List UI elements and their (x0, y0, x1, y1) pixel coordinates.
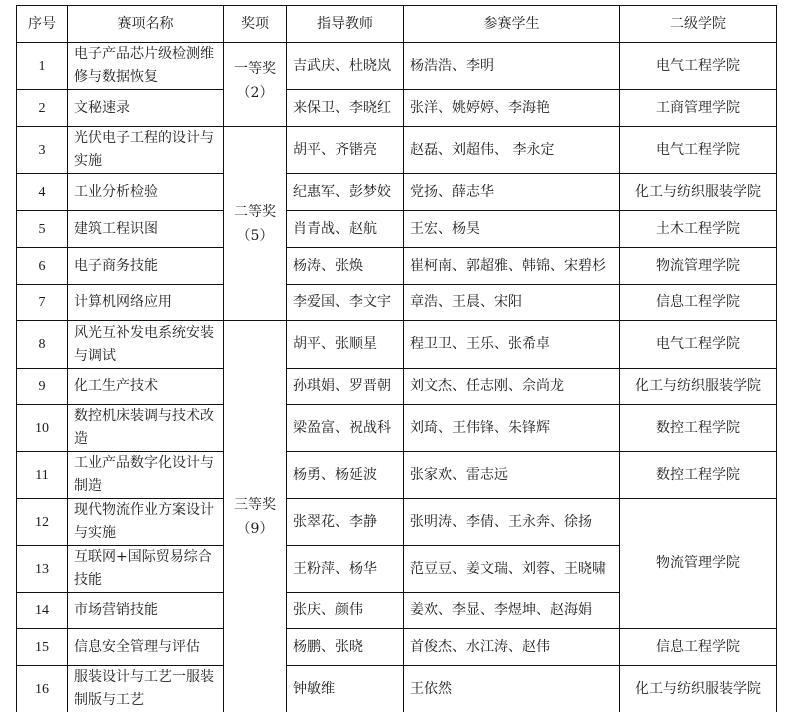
row-event: 数控机床装调与技术改造 (68, 405, 224, 452)
row-no: 1 (17, 43, 68, 90)
award-count: （2） (230, 81, 280, 105)
row-teachers: 孙琪娟、罗晋朝 (287, 369, 404, 405)
row-students: 王宏、杨昊 (404, 211, 620, 248)
row-college-merged: 物流管理学院 (620, 499, 777, 629)
row-event: 电子产品芯片级检测维修与数据恢复 (68, 43, 224, 90)
row-teachers: 杨勇、杨延波 (287, 452, 404, 499)
row-students: 刘琦、王伟锋、朱锋辉 (404, 405, 620, 452)
row-college: 土木工程学院 (620, 211, 777, 248)
header-row: 序号 赛项名称 奖项 指导教师 参赛学生 二级学院 (17, 6, 777, 43)
row-teachers: 来保卫、李晓红 (287, 90, 404, 127)
table-row: 7 计算机网络应用 李爱国、李文宇 章浩、王晨、宋阳 信息工程学院 (17, 285, 777, 321)
row-college: 电气工程学院 (620, 43, 777, 90)
row-teachers: 张翠花、李静 (287, 499, 404, 546)
header-college: 二级学院 (620, 6, 777, 43)
row-students: 杨浩浩、李明 (404, 43, 620, 90)
table-row: 1 电子产品芯片级检测维修与数据恢复 一等奖 （2） 吉武庆、杜晓岚 杨浩浩、李… (17, 43, 777, 90)
row-teachers: 梁盈富、祝战科 (287, 405, 404, 452)
row-teachers: 吉武庆、杜晓岚 (287, 43, 404, 90)
row-college: 数控工程学院 (620, 452, 777, 499)
row-teachers: 杨鹏、张晓 (287, 629, 404, 666)
award-first: 一等奖 （2） (224, 43, 287, 127)
row-college: 数控工程学院 (620, 405, 777, 452)
table-row: 11 工业产品数字化设计与制造 杨勇、杨延波 张家欢、雷志远 数控工程学院 (17, 452, 777, 499)
award-label: 三等奖 (230, 493, 280, 517)
header-award: 奖项 (224, 6, 287, 43)
award-count: （9） (230, 517, 280, 541)
row-college: 信息工程学院 (620, 285, 777, 321)
row-no: 11 (17, 452, 68, 499)
row-no: 5 (17, 211, 68, 248)
row-college: 化工与纺织服装学院 (620, 174, 777, 211)
row-students: 程卫卫、王乐、张希卓 (404, 321, 620, 369)
table-row: 16 服装设计与工艺一服装制版与工艺 钟敏维 王依然 化工与纺织服装学院 (17, 666, 777, 712)
row-college: 物流管理学院 (620, 248, 777, 285)
header-event: 赛项名称 (68, 6, 224, 43)
row-no: 13 (17, 546, 68, 593)
table-row: 5 建筑工程识图 肖青战、赵航 王宏、杨昊 土木工程学院 (17, 211, 777, 248)
row-event: 电子商务技能 (68, 248, 224, 285)
row-college: 信息工程学院 (620, 629, 777, 666)
table-row: 3 光伏电子工程的设计与实施 二等奖 （5） 胡平、齐锴亮 赵磊、刘超伟、 李永… (17, 127, 777, 174)
award-label: 二等奖 (230, 200, 280, 224)
row-event: 建筑工程识图 (68, 211, 224, 248)
row-no: 15 (17, 629, 68, 666)
row-students: 党扬、薛志华 (404, 174, 620, 211)
row-event: 服装设计与工艺一服装制版与工艺 (68, 666, 224, 712)
row-teachers: 胡平、齐锴亮 (287, 127, 404, 174)
row-no: 16 (17, 666, 68, 712)
table-row: 10 数控机床装调与技术改造 梁盈富、祝战科 刘琦、王伟锋、朱锋辉 数控工程学院 (17, 405, 777, 452)
row-students: 崔柯南、郭超雅、韩锦、宋碧杉 (404, 248, 620, 285)
row-teachers: 胡平、张顺星 (287, 321, 404, 369)
table-row: 15 信息安全管理与评估 杨鹏、张晓 首俊杰、水江涛、赵伟 信息工程学院 (17, 629, 777, 666)
row-college: 化工与纺织服装学院 (620, 666, 777, 712)
row-teachers: 杨涛、张焕 (287, 248, 404, 285)
row-no: 4 (17, 174, 68, 211)
row-teachers: 钟敏维 (287, 666, 404, 712)
row-event: 化工生产技术 (68, 369, 224, 405)
award-count: （5） (230, 224, 280, 248)
row-event: 文秘速录 (68, 90, 224, 127)
row-no: 10 (17, 405, 68, 452)
row-teachers: 张庆、颜伟 (287, 593, 404, 629)
row-no: 8 (17, 321, 68, 369)
table-row: 6 电子商务技能 杨涛、张焕 崔柯南、郭超雅、韩锦、宋碧杉 物流管理学院 (17, 248, 777, 285)
table-row: 9 化工生产技术 孙琪娟、罗晋朝 刘文杰、任志刚、佘尚龙 化工与纺织服装学院 (17, 369, 777, 405)
row-teachers: 李爱国、李文宇 (287, 285, 404, 321)
row-no: 14 (17, 593, 68, 629)
row-event: 互联网+国际贸易综合技能 (68, 546, 224, 593)
row-students: 范豆豆、姜文瑞、刘蓉、王晓啸 (404, 546, 620, 593)
table-row: 2 文秘速录 来保卫、李晓红 张洋、姚婷婷、李海艳 工商管理学院 (17, 90, 777, 127)
row-event: 计算机网络应用 (68, 285, 224, 321)
awards-table: 序号 赛项名称 奖项 指导教师 参赛学生 二级学院 1 电子产品芯片级检测维修与… (16, 5, 777, 712)
header-no: 序号 (17, 6, 68, 43)
award-third: 三等奖 （9） (224, 321, 287, 712)
row-students: 张洋、姚婷婷、李海艳 (404, 90, 620, 127)
row-college: 电气工程学院 (620, 127, 777, 174)
row-teachers: 王粉萍、杨华 (287, 546, 404, 593)
row-students: 章浩、王晨、宋阳 (404, 285, 620, 321)
row-event: 工业分析检验 (68, 174, 224, 211)
row-event: 信息安全管理与评估 (68, 629, 224, 666)
table-row: 4 工业分析检验 纪惠军、彭梦姣 党扬、薛志华 化工与纺织服装学院 (17, 174, 777, 211)
header-teachers: 指导教师 (287, 6, 404, 43)
row-students: 王依然 (404, 666, 620, 712)
row-students: 张明涛、李倩、王永奔、徐扬 (404, 499, 620, 546)
award-label: 一等奖 (230, 57, 280, 81)
row-event: 市场营销技能 (68, 593, 224, 629)
header-students: 参赛学生 (404, 6, 620, 43)
row-students: 刘文杰、任志刚、佘尚龙 (404, 369, 620, 405)
row-college: 工商管理学院 (620, 90, 777, 127)
row-college: 化工与纺织服装学院 (620, 369, 777, 405)
row-event: 工业产品数字化设计与制造 (68, 452, 224, 499)
row-students: 首俊杰、水江涛、赵伟 (404, 629, 620, 666)
row-teachers: 纪惠军、彭梦姣 (287, 174, 404, 211)
row-students: 赵磊、刘超伟、 李永定 (404, 127, 620, 174)
table-row: 8 风光互补发电系统安装与调试 三等奖 （9） 胡平、张顺星 程卫卫、王乐、张希… (17, 321, 777, 369)
award-second: 二等奖 （5） (224, 127, 287, 321)
row-college: 电气工程学院 (620, 321, 777, 369)
row-no: 9 (17, 369, 68, 405)
row-students: 姜欢、李显、李煜坤、赵海娟 (404, 593, 620, 629)
row-event: 风光互补发电系统安装与调试 (68, 321, 224, 369)
row-event: 光伏电子工程的设计与实施 (68, 127, 224, 174)
row-no: 2 (17, 90, 68, 127)
table-row: 12 现代物流作业方案设计与实施 张翠花、李静 张明涛、李倩、王永奔、徐扬 物流… (17, 499, 777, 546)
row-teachers: 肖青战、赵航 (287, 211, 404, 248)
row-no: 3 (17, 127, 68, 174)
row-no: 6 (17, 248, 68, 285)
row-no: 12 (17, 499, 68, 546)
row-event: 现代物流作业方案设计与实施 (68, 499, 224, 546)
row-no: 7 (17, 285, 68, 321)
row-students: 张家欢、雷志远 (404, 452, 620, 499)
